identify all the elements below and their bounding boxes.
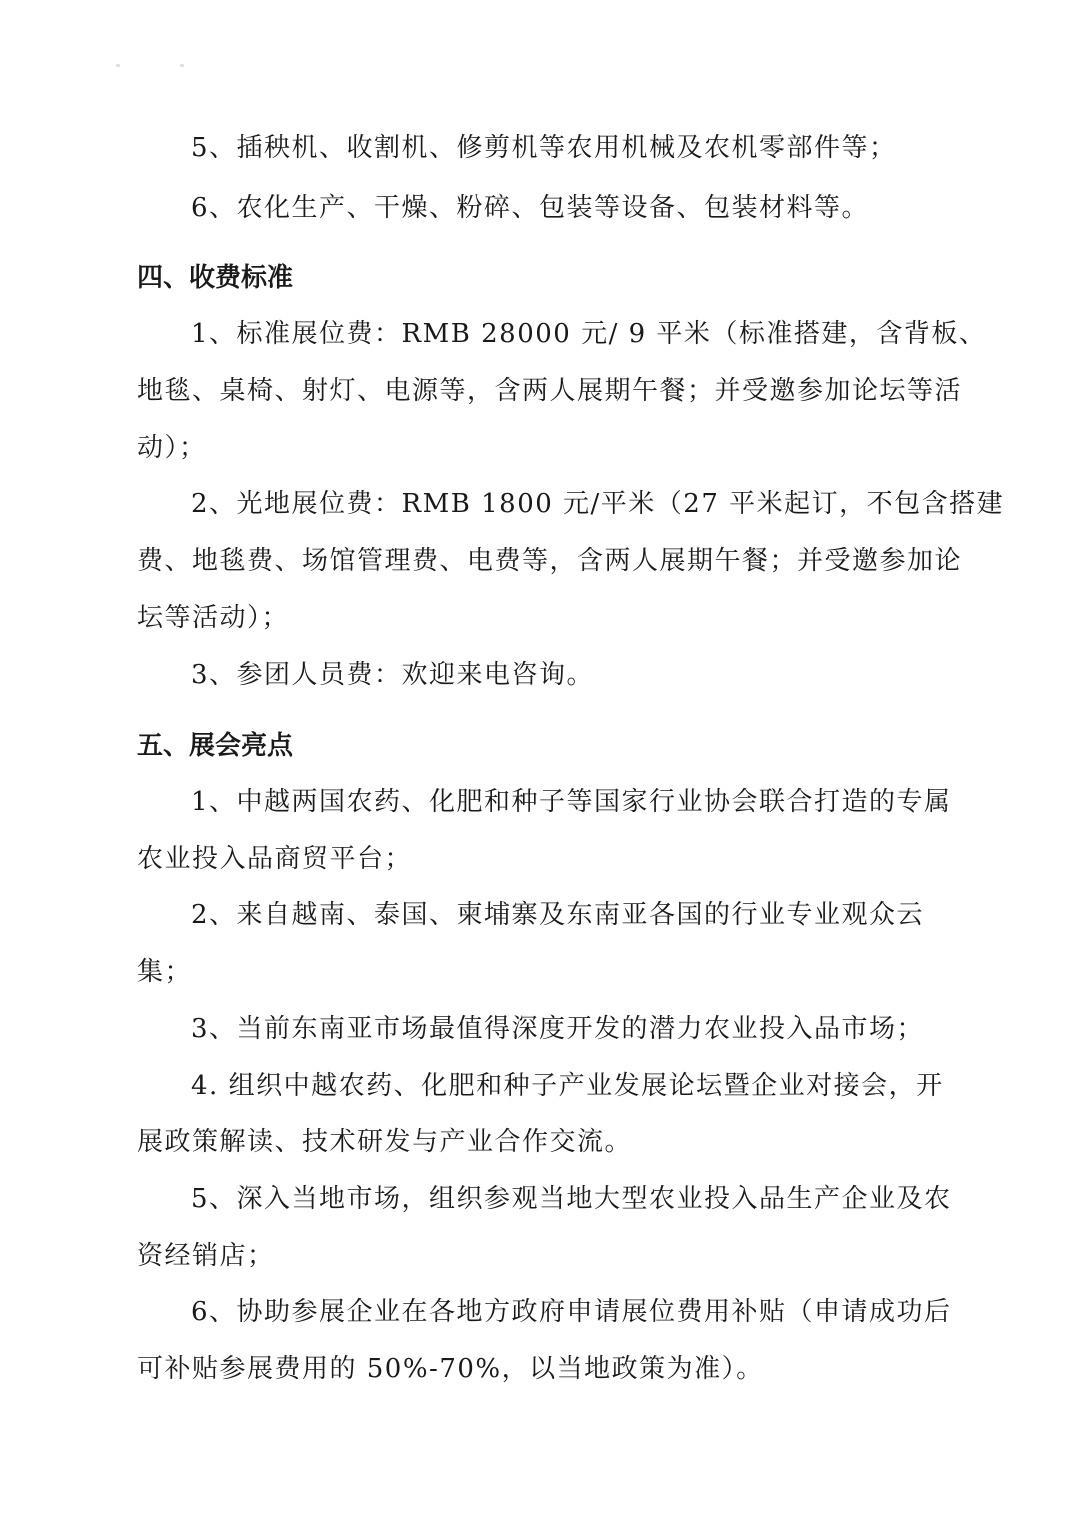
list-item: 2、光地展位费：RMB 1800 元/平米（27 平米起订，不包含搭建 (191, 488, 1004, 520)
list-item: 5、深入当地市场，组织参观当地大型农业投入品生产企业及农 (191, 1183, 952, 1215)
list-item: 5、插秧机、收割机、修剪机等农用机械及农机零部件等； (191, 132, 897, 164)
list-item: 6、农化生产、干燥、粉碎、包装等设备、包装材料等。 (191, 192, 869, 224)
list-item-continuation: 展政策解读、技术研发与产业合作交流。 (137, 1126, 632, 1158)
list-item: 1、标准展位费：RMB 28000 元/ 9 平米（标准搭建，含背板、 (191, 318, 986, 350)
scan-artifact (116, 64, 120, 67)
list-item: 4. 组织中越农药、化肥和种子产业发展论坛暨企业对接会，开 (191, 1070, 944, 1102)
list-item: 6、协助参展企业在各地方政府申请展位费用补贴（申请成功后 (191, 1296, 952, 1328)
list-item-continuation: 可补贴参展费用的 50%-70%，以当地政策为准）。 (137, 1353, 764, 1385)
list-item: 1、中越两国农药、化肥和种子等国家行业协会联合打造的专属 (191, 786, 952, 818)
list-item-continuation: 农业投入品商贸平台； (137, 843, 412, 875)
list-item: 2、来自越南、泰国、柬埔寨及东南亚各国的行业专业观众云 (191, 899, 924, 931)
section-heading-highlights: 五、展会亮点 (137, 730, 293, 762)
list-item: 3、当前东南亚市场最值得深度开发的潜力农业投入品市场； (191, 1013, 924, 1045)
section-heading-fees: 四、收费标准 (137, 262, 293, 294)
list-item-continuation: 集； (137, 956, 192, 988)
list-item-continuation: 坛等活动）； (137, 602, 289, 634)
list-item-continuation: 地毯、桌椅、射灯、电源等，含两人展期午餐；并受邀参加论坛等活 (137, 375, 962, 407)
list-item-continuation: 资经销店； (137, 1240, 275, 1272)
list-item: 3、参团人员费：欢迎来电咨询。 (191, 659, 594, 691)
list-item-continuation: 动）； (137, 432, 207, 464)
list-item-continuation: 费、地毯费、场馆管理费、电费等，含两人展期午餐；并受邀参加论 (137, 545, 962, 577)
scan-artifact (180, 64, 184, 67)
